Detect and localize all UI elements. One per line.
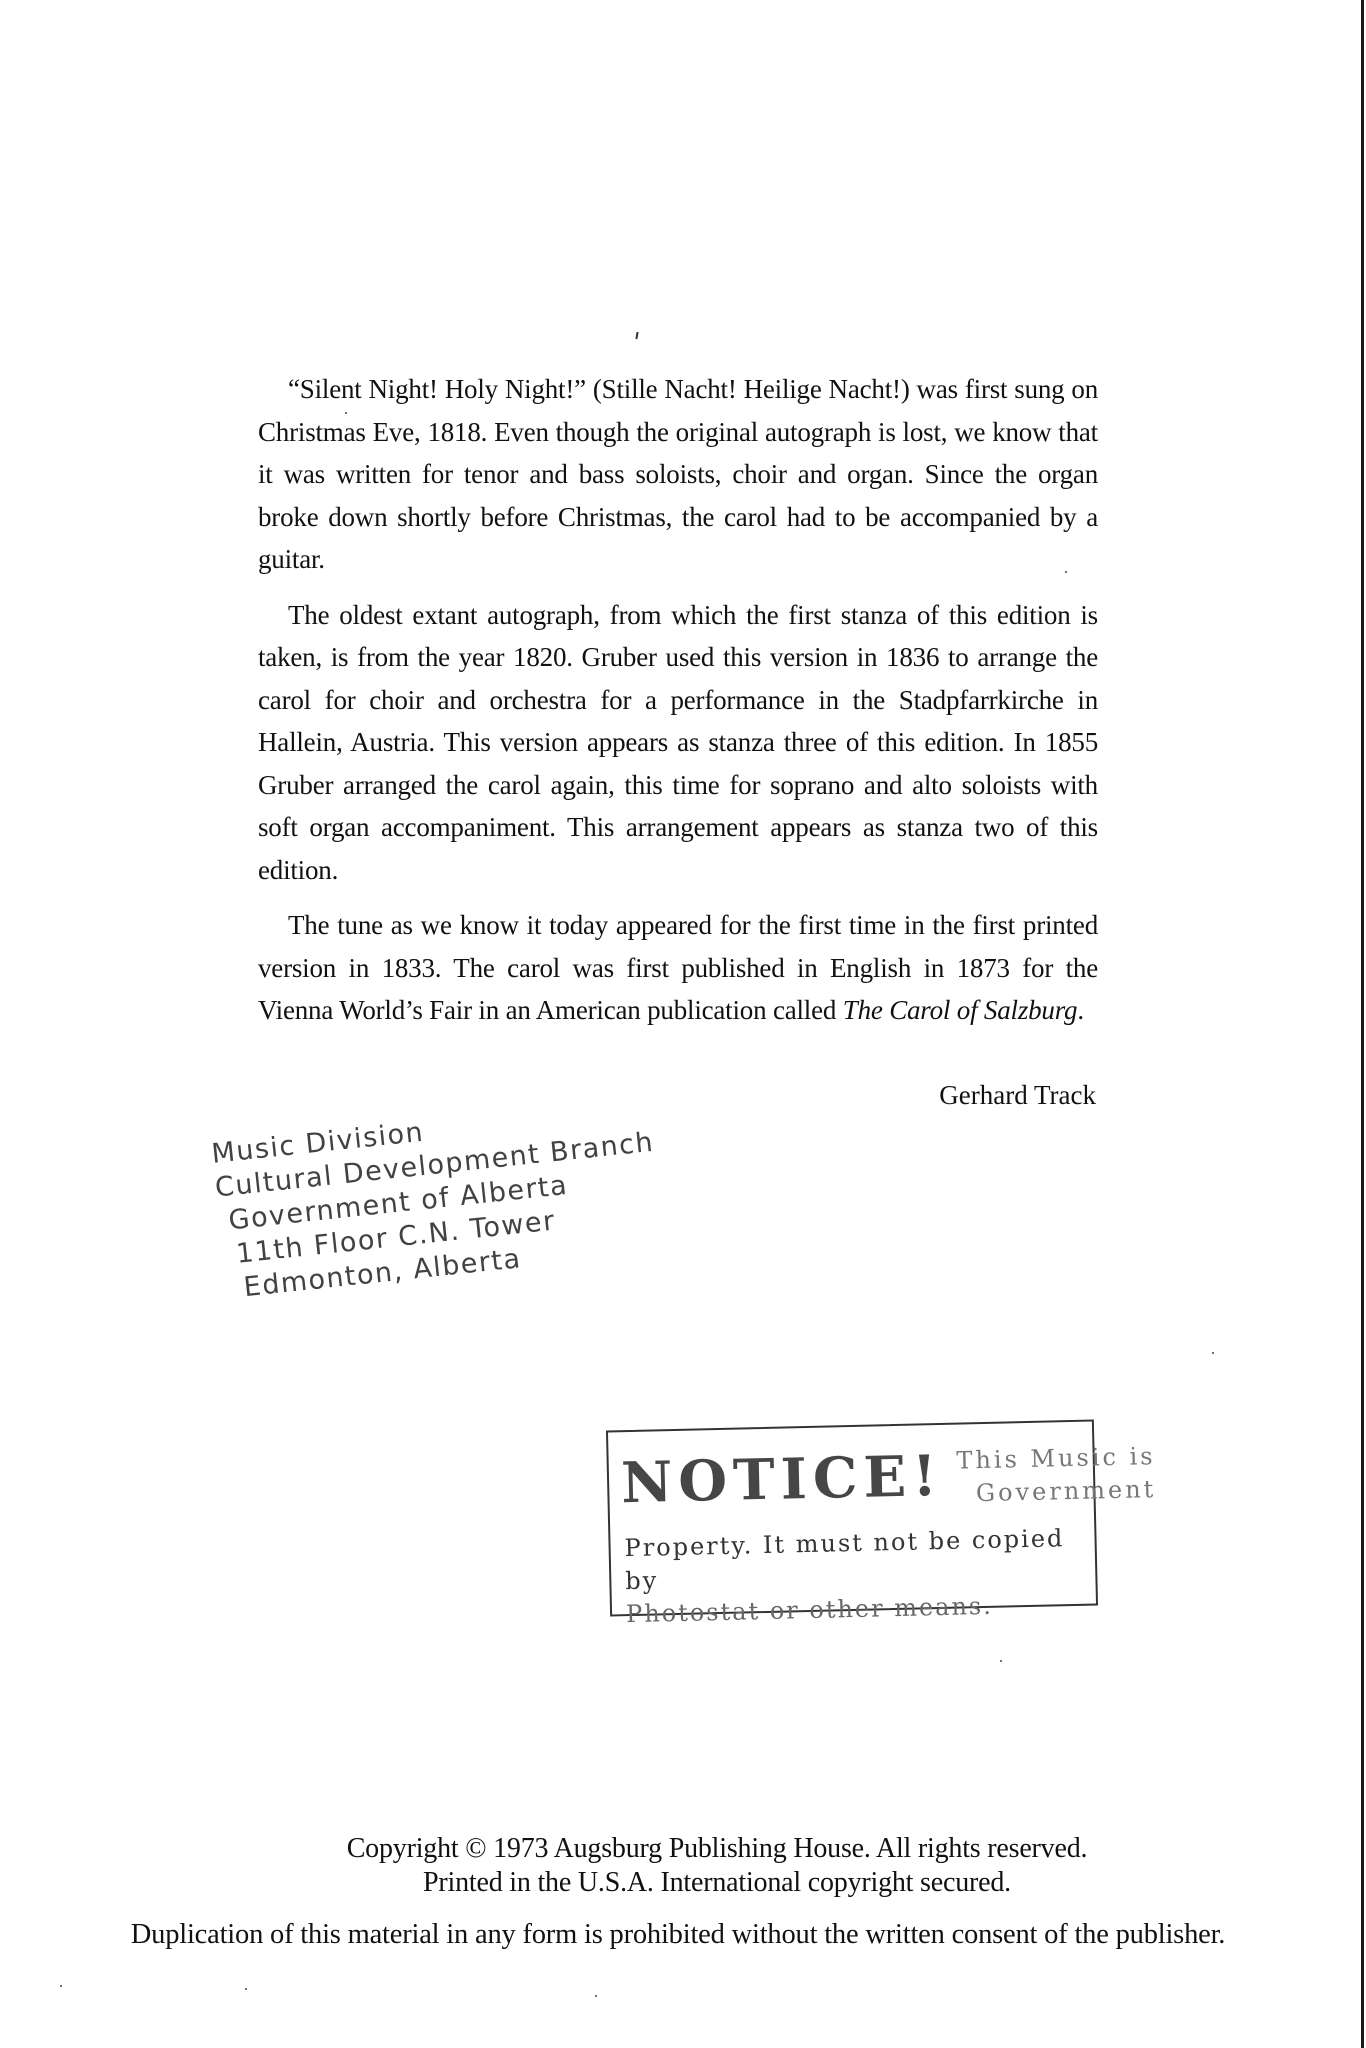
- notice-title: NOTICE!: [620, 1443, 943, 1516]
- notice-side-line: Government: [976, 1475, 1157, 1507]
- scan-speck: [245, 1988, 247, 1990]
- scan-speck: [595, 1995, 597, 1997]
- paragraph-1: “Silent Night! Holy Night!” (Stille Nach…: [258, 368, 1098, 581]
- paragraph-3-end: .: [1077, 995, 1084, 1025]
- copy-notice-stamp: NOTICE!This Music isGovernment Property.…: [606, 1419, 1098, 1616]
- scan-speck: [1000, 1660, 1002, 1662]
- scan-speck: [60, 1985, 62, 1987]
- library-address-stamp: Music Division Cultural Development Bran…: [210, 1092, 666, 1307]
- printed-line: Printed in the U.S.A. International copy…: [34, 1866, 1366, 1900]
- page-edge-shadow: [1361, 0, 1364, 2048]
- scan-speck: [1065, 571, 1067, 573]
- scan-speck: [345, 412, 347, 414]
- notice-side-text: This Music isGovernment: [956, 1440, 1157, 1511]
- notice-body: Property. It must not be copied by Photo…: [624, 1522, 1086, 1631]
- paragraph-3: The tune as we know it today appeared fo…: [258, 904, 1098, 1032]
- scan-speck: [1212, 1352, 1214, 1354]
- notice-line: Photostat or other means.: [626, 1592, 993, 1628]
- notice-side-line: This Music is: [956, 1442, 1156, 1475]
- notice-line: Property. It must not be copied by: [624, 1524, 1064, 1595]
- paragraph-2: The oldest extant autograph, from which …: [258, 594, 1098, 892]
- history-note: “Silent Night! Holy Night!” (Stille Nach…: [258, 368, 1098, 1045]
- copyright-line: Copyright © 1973 Augsburg Publishing Hou…: [34, 1832, 1366, 1866]
- publication-title: The Carol of Salzburg: [843, 995, 1078, 1025]
- duplication-notice: Duplication of this material in any form…: [0, 1918, 1356, 1952]
- scan-artifact-mark: [635, 332, 638, 339]
